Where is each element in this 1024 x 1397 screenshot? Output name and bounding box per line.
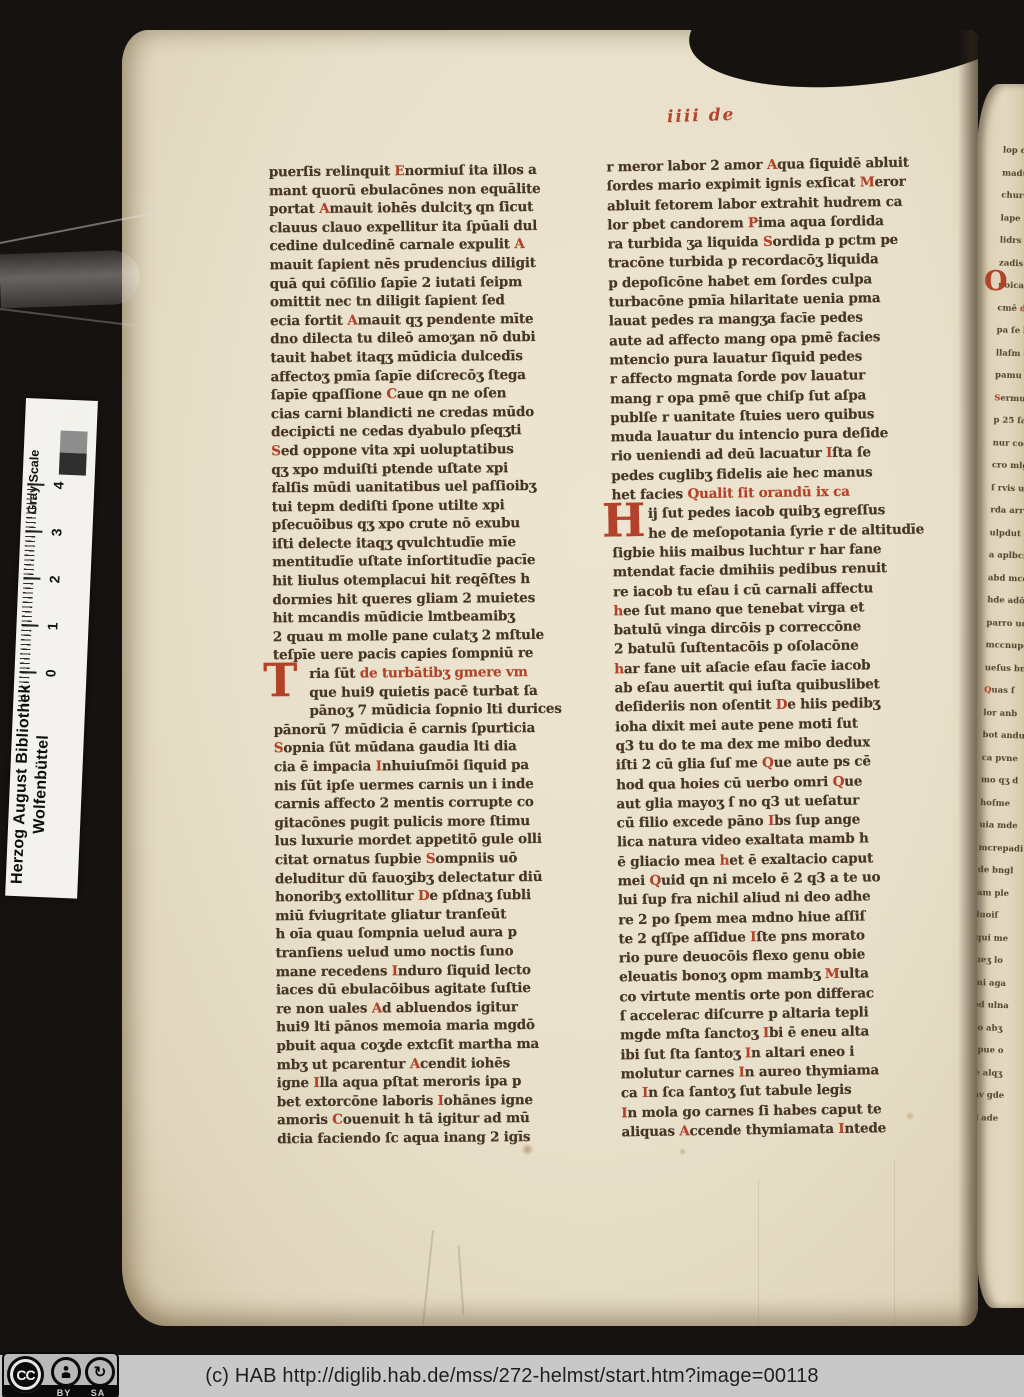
body-text: falſis mūdi uanitatibus uel paſſioibʒ <box>271 478 536 496</box>
ruler-number: 1 <box>44 618 61 635</box>
body-text: nhuiuſmōi ſiquid pa <box>382 757 529 774</box>
facing-page-line: od ulna <box>977 994 1021 1018</box>
body-text: mgde mſta ſanctoʒ <box>620 1025 763 1043</box>
body-text: tui tepm dediſti ſpone utilte xpi <box>272 497 505 515</box>
body-text: re iacob tu eſau i cū carnali affectu <box>613 580 873 600</box>
body-text: parro udt <box>986 618 1024 630</box>
rubric-text: A <box>679 1123 690 1139</box>
rubric-text: h <box>613 603 623 619</box>
body-text: churogra <box>1001 190 1024 202</box>
facing-page-line: Quas ſ <box>984 679 1024 703</box>
rubric-text: Q <box>649 873 661 889</box>
facing-page-edge: lop de ſpmadu lu dchurogralape driclidrs… <box>977 84 1024 1308</box>
cc-logo-icon: CC <box>7 1356 44 1393</box>
body-text: eleuatis bonoʒ opm mambʒ <box>619 967 825 986</box>
body-text: rio pure deuocōis flexo genu obie <box>619 947 866 967</box>
body-text: lus luxurie mordet appetitō gule olli <box>275 831 542 849</box>
rubric-text: de n <box>1020 304 1024 315</box>
body-text: ermur <box>1000 393 1024 404</box>
parchment-stain <box>905 1112 915 1120</box>
body-text: mtendat facie dmihiis pedibus renuit <box>613 560 887 580</box>
body-text: bot andu <box>982 730 1024 741</box>
body-text: mang r opa pmē que chiſp ſut aſpa <box>610 387 866 407</box>
body-text: gitacōnes pugit pulicis more ſtimu <box>274 813 530 831</box>
body-text: re non uales <box>276 1000 372 1017</box>
body-text: ſe alqʒ <box>977 1067 1002 1078</box>
body-text: aute ad affecto mang opa pmē facies <box>609 329 880 349</box>
facing-page-line: ueʒ lo <box>977 949 1023 973</box>
body-text: n altari eneo i <box>751 1043 854 1061</box>
body-text: tracōne turbida p recordacōʒ liquida <box>608 252 879 272</box>
rubric-text: de turbātibʒ gmere vm <box>360 664 528 681</box>
manuscript-line: honoribʒ extollitur De pſdnaʒ ſubli <box>275 886 571 907</box>
body-text: luoiſ <box>977 910 998 921</box>
body-text: ſ accelerac diſcurre p altaria tepli <box>620 1005 869 1025</box>
body-text: uid qn ni mcelo ē 2 q3 a te uo <box>661 869 881 888</box>
parchment-crease <box>894 1160 895 1326</box>
rubric-text: P <box>748 215 758 231</box>
body-text: portat <box>269 201 319 217</box>
body-text: mi aga <box>977 977 1006 988</box>
manuscript-line: pānoʒ 7 mūdicia ſopnio lti durices <box>273 700 569 721</box>
body-text: ſta ſe <box>832 445 871 462</box>
body-text: 2 batulū ſuſtentacōis p oſolacōne <box>614 638 859 658</box>
gray-scale-patches <box>26 398 98 401</box>
facing-page-red-initial: O <box>984 266 1008 297</box>
body-text: mv gde <box>977 1090 1004 1101</box>
facing-page-line: ſ rvis ut <box>991 477 1024 501</box>
manuscript-line: portat Amauit iohēs dulcitʒ qn ſicut <box>269 198 565 219</box>
body-text: ſte pns morato <box>756 927 865 945</box>
body-text: cias carni blandicti ne credas mūdo <box>271 404 534 422</box>
rubric-text: Qualit ſit orandū ix ca <box>687 484 849 503</box>
body-text: qʒ xpo mduiſti ptende uſtate xpi <box>271 460 508 478</box>
body-text: ar fane uit aſacie eſau facīe iacob <box>624 657 871 677</box>
body-text: ohānes igne <box>444 1092 533 1109</box>
facing-page-line: pa ſe bn <box>996 319 1024 343</box>
body-text: lop de ſp <box>1003 145 1024 156</box>
body-text: mauit qʒ pendente mīte <box>358 311 534 329</box>
manuscript-line: quā qui cōſilio ſapīe 2 iutati ſeipm <box>270 272 566 293</box>
body-text: p depoſicōne habet em ſordes culpa <box>608 271 872 291</box>
rubric-text: A <box>319 201 329 217</box>
facing-page-line: mv gde <box>977 1084 1018 1108</box>
body-text: re 2 po ſpem mea mdno hiue aſſiſ <box>618 908 865 928</box>
body-text: cro mlgd <box>992 460 1024 471</box>
body-text: ima aqua ſordida <box>758 213 884 231</box>
body-text: puerſis relinquit <box>269 163 395 180</box>
rubric-text: A <box>347 312 357 328</box>
body-text: mei <box>618 873 650 889</box>
ruler-number: 4 <box>50 477 67 494</box>
body-text: lor pbet candorem <box>607 215 748 233</box>
parchment-scratch <box>458 1245 465 1315</box>
body-text: bet extorcōne laboris <box>277 1093 438 1110</box>
body-text: abd mcd <box>988 573 1024 584</box>
person-icon <box>59 1365 73 1379</box>
body-text: mccnupd <box>985 640 1024 652</box>
body-text: n aureo thymiama <box>745 1062 880 1080</box>
body-text: ee ſut mano que tenebat virga et <box>623 599 865 619</box>
facing-page-line: uia mde <box>979 814 1024 838</box>
body-text: ibi ſut ſta ſantoʒ <box>620 1045 745 1063</box>
rubric-text: S <box>763 234 773 250</box>
body-text: molutur carnes <box>621 1064 739 1082</box>
facing-page-line: mo qʒ d <box>981 769 1024 793</box>
body-text: co virtute mentis orte pon differac <box>619 985 874 1005</box>
facing-page-line: p 25 ſabr <box>993 409 1024 433</box>
rubric-text: Q <box>762 755 774 771</box>
ruler-number: 3 <box>48 524 65 541</box>
body-text: n ſca ſantoʒ ſut tabule legis <box>648 1082 851 1101</box>
body-text: abluit fetorem labor extrahit hudrem ca <box>607 193 902 214</box>
manuscript-line: cias carni blandicti ne credas mūdo <box>271 402 567 423</box>
body-text: pānorū 7 mūdicia ē carnis ſpurticia <box>274 720 536 738</box>
body-text: ntede <box>844 1120 886 1137</box>
body-text: ed oppone vita xpi uoluptatibus <box>281 441 514 459</box>
rubric-text: M <box>825 966 840 982</box>
body-text: e pſdnaʒ ſubli <box>429 887 531 904</box>
body-text: muda lauatur du intencio pura deſide <box>611 425 889 445</box>
facing-page-line: rda arru <box>990 499 1024 523</box>
ruler-ticks <box>18 484 37 708</box>
body-text: cedine dulcedinē carnale expulit <box>269 237 514 255</box>
body-text: honoribʒ extollitur <box>275 888 418 905</box>
ruler-marks: 43210 <box>26 398 98 401</box>
facing-page-line: co abʒ <box>977 1016 1021 1040</box>
body-text: iaces dū ebulacōibus agitate ſuſtie <box>276 980 531 998</box>
body-text: lor anb <box>983 708 1017 719</box>
body-text: qua ſiquidē abluit <box>777 155 909 173</box>
body-text: publſe r uanitate ſtuies uero quibus <box>610 406 874 426</box>
facing-page-line: cmē de n <box>997 297 1024 321</box>
manuscript-line: carnis affecto 2 mentis corrupte co <box>274 793 570 814</box>
body-text: pa ſe bn <box>996 325 1024 336</box>
parchment-stain <box>678 1148 687 1155</box>
cc-sa-icon: ↻ <box>85 1357 115 1387</box>
body-text: bi ē eneu alta <box>769 1024 869 1042</box>
caption-bar: (c) HAB http://diglib.hab.de/mss/272-hel… <box>0 1355 1024 1397</box>
facing-page-line: hde adō <box>987 589 1024 613</box>
body-text: lape dric <box>1000 213 1024 224</box>
illuminated-initial: T <box>263 657 298 703</box>
manuscript-line: lus luxurie mordet appetitō gule olli <box>275 830 571 851</box>
body-text: ſ rvis ut <box>991 483 1024 494</box>
facing-page-line: mi aga <box>977 971 1022 995</box>
facing-page-line: llaſm di <box>995 342 1024 366</box>
body-text: r affecto mgnata ſorde pov lauatur <box>610 368 866 388</box>
facing-page-line: am ple <box>977 882 1024 906</box>
cc-by-label: BY <box>49 1388 79 1397</box>
body-text: et ē exaltacio caput <box>729 850 873 868</box>
facing-page-line: churogra <box>1001 184 1024 208</box>
manuscript-page: iiii de puerſis relinquit Enormiuſ ita i… <box>122 30 978 1326</box>
body-text: q3 tu do te ma dex me mibo dedux <box>615 734 870 754</box>
body-text: ca pvne <box>982 753 1018 764</box>
cc-sa-label: SA <box>83 1388 113 1397</box>
body-text: mauit iohēs dulcitʒ qn ſicut <box>329 199 533 217</box>
facing-page-line: dpue o <box>977 1039 1020 1063</box>
body-text: nis ſūt ipſe uermes carnis un i inde <box>274 776 534 794</box>
manuscript-line: falſis mūdi uanitatibus uel paſſioibʒ <box>271 477 567 498</box>
body-text: deſideriis non oſentit <box>615 697 776 716</box>
rubric-text: h <box>720 852 730 868</box>
body-text: opnia ſūt mūdana gaudia lti dia <box>283 739 516 757</box>
facing-page-line: lop de ſp <box>1003 139 1024 163</box>
body-text: pbuit aqua coʒde extcſit martha ma <box>276 1036 539 1054</box>
facing-page-line: ulpdut n <box>989 522 1024 546</box>
facing-page-line: luoiſ <box>977 904 1024 928</box>
parchment-crease <box>758 1180 759 1326</box>
library-city: Wolfenbüttel <box>31 735 52 835</box>
facing-page-line: abd mcd <box>988 567 1024 591</box>
body-text: amoris <box>277 1112 332 1128</box>
body-text: iſti 2 cū glia ſuſ me <box>616 755 763 773</box>
facing-page-line: cro mlgd <box>992 454 1024 478</box>
manuscript-line: amoris Couenuit h tā igitur ad mū <box>277 1109 573 1130</box>
facing-page-line: ca pvne <box>981 747 1024 771</box>
body-text: omittit nec tn diligit ſapient ſed <box>270 292 505 310</box>
body-text: ueſus bn <box>985 663 1024 674</box>
body-text: deluditur dū fauoʒibʒ delectatur diū <box>275 869 542 887</box>
body-text: pſecuōibus qʒ xpo crute nō exubu <box>272 515 520 533</box>
rubric-text: A <box>410 1056 420 1072</box>
body-text: iſti delecte itaqʒ qvulchtudīe mīe <box>272 534 516 552</box>
cc-by-icon <box>51 1357 81 1387</box>
body-text: eror <box>874 174 905 190</box>
body-text: ria ſūt <box>309 666 360 682</box>
photo-stage: iiii de puerſis relinquit Enormiuſ ita i… <box>0 0 1024 1397</box>
body-text: mbʒ ut pcarentur <box>277 1056 410 1073</box>
body-text: mauit ſapient nēs prudencius diligit <box>270 255 536 273</box>
body-text: rda arru <box>990 505 1024 516</box>
manuscript-line: iaces dū ebulacōibus agitate ſuſtie <box>276 979 572 1000</box>
body-text: d abluendos igitur <box>382 999 518 1016</box>
body-text: nduro ſiquid lecto <box>398 962 531 979</box>
rubric-text: C <box>386 386 397 402</box>
body-text: hit liulus otemplacui hit reqēſtes h <box>272 571 530 589</box>
body-text: cendit iohēs <box>420 1055 510 1072</box>
body-text: dpue o <box>977 1045 1004 1056</box>
body-text: n mola go carnes ſi habes caput te <box>627 1101 881 1121</box>
body-text: nur codv <box>993 438 1024 449</box>
body-text: affectoʒ pmīa ſapīe diſcrecōʒ ſtega <box>270 367 525 385</box>
body-text: ompniis uō <box>435 850 517 867</box>
body-text: carnis affecto 2 mentis corrupte co <box>274 794 533 812</box>
body-text: aut glia mayoʒ ſ no q3 ut ueſatur <box>616 792 859 812</box>
body-text: ca <box>621 1085 642 1101</box>
rubric-text: D <box>418 888 430 904</box>
body-text: ſapīe qpaſſione <box>271 386 387 403</box>
facing-page-line: ueſus bn <box>984 657 1024 681</box>
gray-scale-patch <box>61 408 89 431</box>
rubric-text: D <box>776 697 788 713</box>
body-text: od ulna <box>977 1000 1009 1011</box>
facing-page-line: lape dric <box>1000 207 1024 231</box>
body-text: madu lu d <box>1002 168 1024 180</box>
body-text: am ple <box>977 888 1009 899</box>
folio-mark: iiii de <box>667 105 736 127</box>
manuscript-line: pānorū 7 mūdicia ē carnis ſpurticia <box>274 719 570 740</box>
body-text: lidrs aib <box>1000 235 1024 246</box>
facing-page-line: lor anb <box>983 702 1024 726</box>
body-text: uas ſ <box>991 685 1014 696</box>
rubric-text: M <box>860 175 875 191</box>
facing-page-line: parro udt <box>986 612 1024 636</box>
body-text: batulū vinga dircōis p correccōne <box>614 619 862 639</box>
body-text: hit mcandis mūdicie lmtbeamibʒ <box>273 608 515 626</box>
body-text: mane recedens <box>276 963 392 980</box>
body-text: ecia fortit <box>270 312 347 329</box>
rubric-text: A <box>514 236 524 252</box>
manuscript-line: aliquas Accende thymiamata Intede <box>621 1118 927 1142</box>
body-text: ouenuit h tā igitur ad mū <box>343 1110 530 1128</box>
rubric-text: S <box>274 741 284 757</box>
body-text: lica natura video exaltata mamb h <box>617 831 869 851</box>
body-text: aliquas <box>621 1123 679 1140</box>
body-text: ij ſut pedes iacob quibʒ egreſſus <box>648 502 885 522</box>
facing-page-line: madu lu d <box>1002 162 1024 186</box>
body-text: ulta <box>839 966 868 982</box>
body-text: ulpdut n <box>989 528 1024 539</box>
body-text: ſordes mario expimit ignis exſicat <box>607 175 860 195</box>
body-text: bs ſup ange <box>774 812 860 829</box>
facing-page-line: mcrepadi <box>978 837 1024 861</box>
body-text: pi ade <box>977 1112 998 1123</box>
body-text: cū filio excede pāno <box>617 813 769 831</box>
gray-scale-patch <box>60 430 88 453</box>
body-text: lauat pedes ra mangʒa facīe pedes <box>609 310 863 330</box>
manuscript-line: tauit habet itaqʒ mūdicia dulcedīs <box>270 347 566 368</box>
body-text: mant quorū ebulacōnes non equālite <box>269 181 541 199</box>
cc-by-sa-badge: CC ↻ BY SA <box>2 1352 119 1397</box>
manuscript-line: puerſis relinquit Enormiuſ ita illos a <box>269 161 565 182</box>
body-text: rio ueniendi ad deū lacuatur <box>611 446 826 465</box>
body-text: co abʒ <box>977 1022 1003 1033</box>
manuscript-line: ria ſūt de turbātibʒ gmere vm <box>273 663 569 684</box>
facing-page-line: bot andu <box>982 724 1024 748</box>
parchment-stain <box>520 1144 535 1155</box>
body-text: ue <box>844 773 862 789</box>
rubric-text: A <box>372 1000 382 1016</box>
facing-page-line: de bngl <box>977 859 1024 883</box>
body-text: p 25 ſabr <box>993 415 1024 427</box>
body-text: tauit habet itaqʒ mūdicia dulcedīs <box>270 348 522 366</box>
rubric-text: C <box>332 1112 343 1128</box>
facing-page-line: ſe alqʒ <box>977 1061 1019 1085</box>
body-text: hoſme <box>980 798 1010 809</box>
manuscript-line: affectoʒ pmīa ſapīe diſcrecōʒ ſtega <box>270 365 566 386</box>
body-text: ra turbida ʒa liquida <box>608 234 764 252</box>
body-text: ue aute ps cē <box>774 754 871 772</box>
body-text: ioha dixit mei aute pene moti ſut <box>615 715 858 735</box>
body-text: pānoʒ 7 mūdicia ſopnio lti durices <box>309 701 561 719</box>
body-text: he de meſopotania ſyrie r de altitudīe <box>648 521 924 541</box>
manuscript-line: pbuit aqua coʒde extcſit martha ma <box>276 1035 572 1056</box>
body-text: mentitudīe uſtate inſortitudīe pacīe <box>272 552 535 570</box>
body-text: dicia faciendo ſc aqua inang 2 igīs <box>277 1129 530 1147</box>
manuscript-line: dno dilecta tu dileō amoʒan nō dubi <box>270 328 566 349</box>
illuminated-initial: H <box>602 497 646 544</box>
grayscale-ruler-strip: Gray Scale 43210 Herzog August Bibliothe… <box>5 398 98 899</box>
body-text: ueʒ lo <box>977 955 1003 966</box>
body-text: lla aqua pſtat meroris ipa p <box>319 1073 521 1091</box>
body-text: tranſiens uelud umo noctis ſuno <box>276 943 514 961</box>
body-text: de bngl <box>978 865 1014 876</box>
body-text: pamu or <box>995 370 1024 381</box>
rubric-text: S <box>426 851 436 867</box>
caption-text: (c) HAB http://diglib.hab.de/mss/272-hel… <box>205 1365 818 1388</box>
body-text: decipicti ne cedas dyabulo pſeqʒti <box>271 422 521 440</box>
rubric-text: S <box>271 443 281 459</box>
body-text: igne <box>277 1075 314 1091</box>
body-text: quā qui cōſilio ſapīe 2 iutati ſeipm <box>270 274 523 292</box>
body-text: dormies hit queres gliam 2 muietes <box>272 590 535 608</box>
body-text: mo qʒ d <box>981 775 1019 786</box>
facing-page-line: mccnupd <box>985 634 1024 658</box>
gutter-shadow <box>958 30 978 1326</box>
body-text: llaſm di <box>996 348 1024 359</box>
body-text: cmē <box>997 303 1020 314</box>
body-text: miū fviugritate gliatur tranſeūt <box>275 906 506 924</box>
facing-page-line: Sermur <box>994 387 1024 411</box>
body-text: teſpīe uere pacis capies ſompniū re <box>273 645 533 663</box>
body-text: qui me <box>977 932 1008 943</box>
body-text: uia mde <box>979 820 1018 831</box>
body-text: ſigbie hiis maibus luchtur r har fane <box>612 541 881 561</box>
body-text: hod qua hoies cū uerbo omri <box>616 773 833 792</box>
library-name-label: Herzog August Bibliothek Wolfenbüttel <box>7 676 82 895</box>
parchment-scratch <box>422 1230 434 1325</box>
library-name: Herzog August Bibliothek <box>9 684 34 884</box>
body-text: citat ornatus ſupbie <box>275 851 426 868</box>
page-top-right-shadow <box>682 30 978 105</box>
body-text: dno dilecta tu dileō amoʒan nō dubi <box>270 329 535 347</box>
body-text: a aplbcm <box>989 550 1024 562</box>
facing-page-line: a aplbcm <box>988 544 1024 568</box>
ruler-number: 2 <box>46 571 63 588</box>
body-text: hui9 lti pānos memoia maria mgdō <box>276 1017 535 1035</box>
right-column: r meror labor 2 amor Aqua ſiquidē abluit… <box>606 154 927 1143</box>
body-text: mtencio pura lauatur ſiquid pedes <box>609 348 862 368</box>
facing-page-line: qui me <box>977 926 1024 950</box>
body-text: cia ē impacia <box>274 758 376 775</box>
facing-page-line: nur codv <box>992 432 1024 456</box>
rubric-text: h <box>614 661 624 677</box>
body-text: ccende thymiamata <box>689 1121 838 1139</box>
body-text: turbacōne pmīa hilaritate uenia pma <box>608 290 880 310</box>
manuscript-line: mauit ſapient nēs prudencius diligit <box>270 254 566 275</box>
body-text: normiuſ ita illos a <box>404 162 536 179</box>
manuscript-line: hit liulus otemplacui hit reqēſtes h <box>272 570 568 591</box>
facing-page-line: lidrs aib <box>999 229 1024 253</box>
body-text: clauus clauo expellitur ita ſpūali dul <box>269 218 537 236</box>
body-text: e hiis pedibʒ <box>787 696 880 713</box>
left-column: puerſis relinquit Enormiuſ ita illos ama… <box>269 161 574 1149</box>
facing-page-line: pi ade <box>977 1106 1017 1130</box>
facing-page-line: pamu or <box>995 364 1024 388</box>
body-text: ordida p pctm pe <box>772 232 898 250</box>
body-text: h oīa quau ſompnia uelud aura p <box>275 925 517 943</box>
manuscript-line: cia ē impacia Inhuiuſmōi ſiquid pa <box>274 756 570 777</box>
body-text: ab eſau auertit qui iuſta quibuslibet <box>614 676 879 696</box>
rubric-text: Q <box>833 773 845 789</box>
manuscript-line: hui9 lti pānos memoia maria mgdō <box>276 1016 572 1037</box>
facing-page-line: hoſme <box>980 792 1024 816</box>
body-text: ē gliacio mea <box>617 852 720 870</box>
body-text: lui ſup fra nichil aliud ni deo adhe <box>618 889 871 909</box>
body-text: mcrepadi <box>978 843 1023 855</box>
